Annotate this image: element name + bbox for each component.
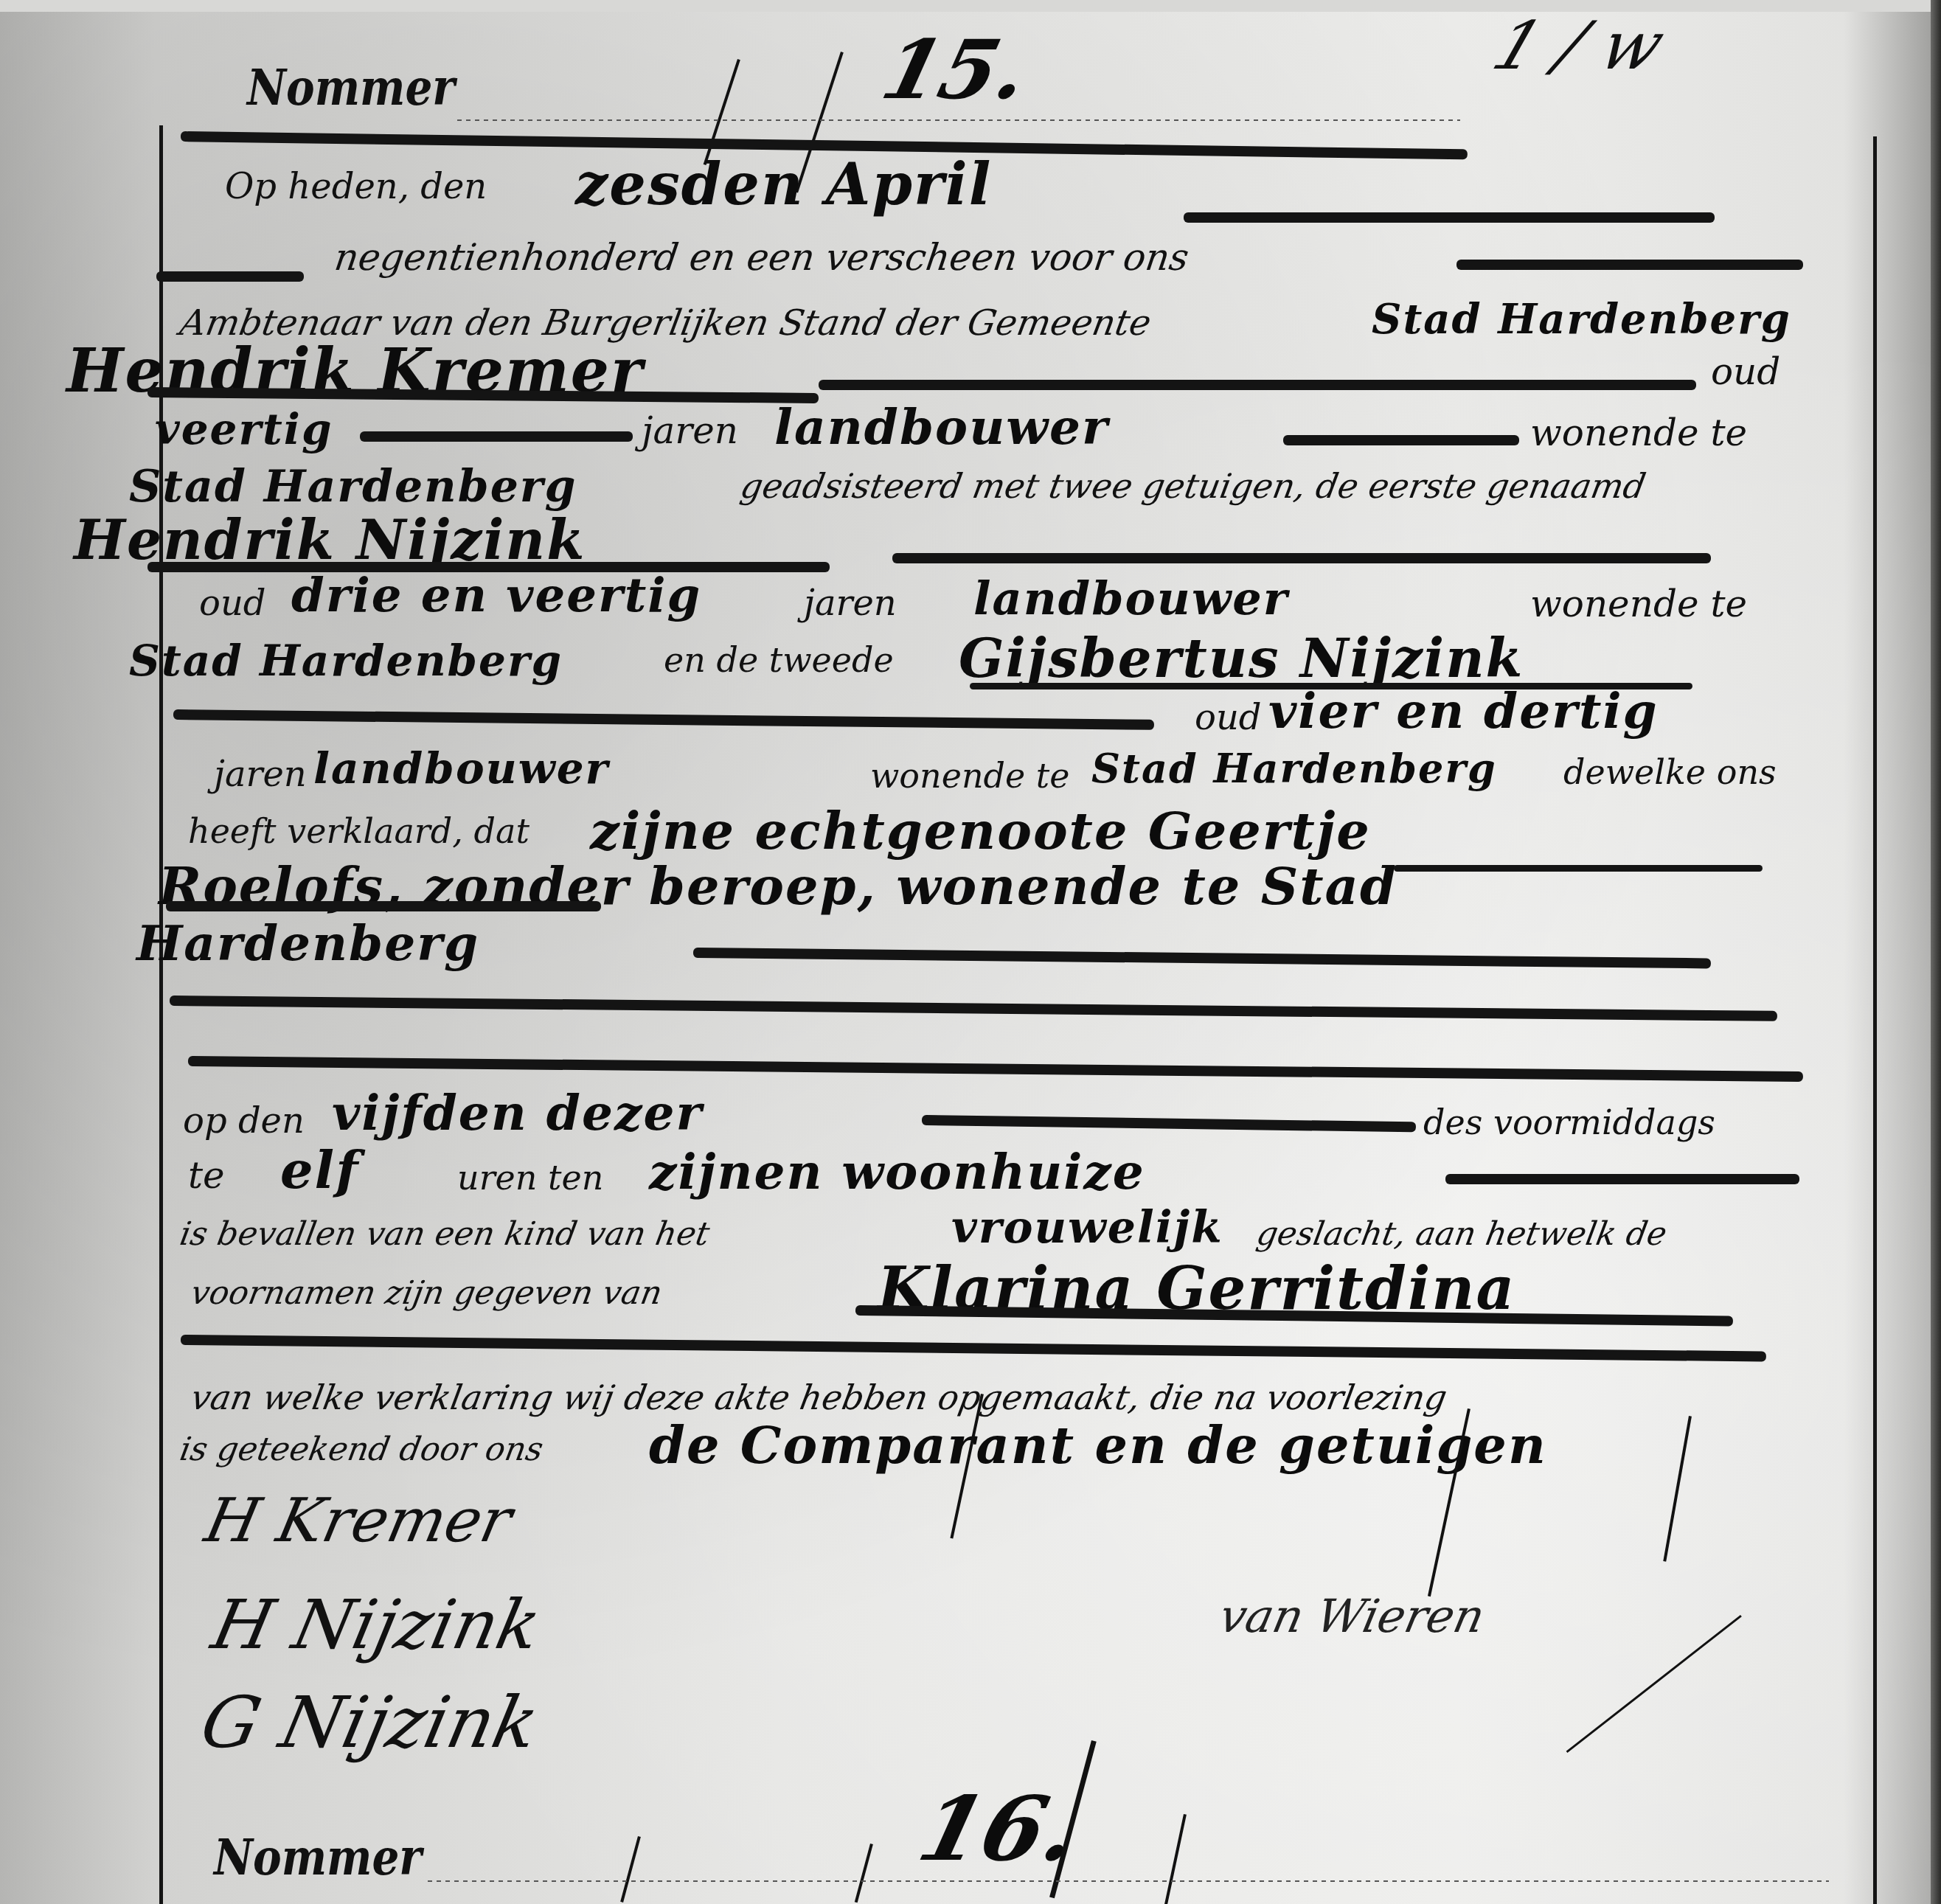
next-record-number-label: Nommer bbox=[214, 1829, 422, 1886]
form-text: en de tweede bbox=[664, 640, 894, 680]
form-text: te bbox=[188, 1154, 225, 1197]
fill-rule bbox=[892, 553, 1711, 563]
form-text: jaren bbox=[642, 409, 738, 452]
signature-witness-2: G Nijzink bbox=[194, 1681, 546, 1764]
fill-rule bbox=[360, 431, 633, 442]
form-text: uren ten bbox=[457, 1158, 603, 1198]
form-text: wonende te bbox=[870, 756, 1070, 796]
fill-rule bbox=[1394, 865, 1763, 872]
entry-witness2-name: Gijsbertus Nijzink bbox=[959, 627, 1524, 689]
form-text: des voormiddags bbox=[1423, 1102, 1715, 1142]
entry-birth-place: zijnen woonhuize bbox=[649, 1143, 1145, 1201]
fill-rule bbox=[1445, 1174, 1799, 1184]
form-text: van welke verklaring wij deze akte hebbe… bbox=[188, 1377, 1450, 1417]
signature-official: van Wieren bbox=[1215, 1589, 1490, 1643]
form-text: dewelke ons bbox=[1563, 752, 1777, 792]
form-text: Op heden, den bbox=[225, 166, 487, 207]
entry-mother-name: zijne echtgenoote Geertje bbox=[590, 800, 1371, 861]
header-dotted-rule bbox=[457, 119, 1460, 121]
signature-comparant: H Kremer bbox=[199, 1486, 518, 1556]
entry-witness2-age: vier en dertig bbox=[1268, 682, 1659, 740]
entry-signatories: de Comparant en de getuigen bbox=[649, 1414, 1547, 1476]
form-text: geslacht, aan hetwelk de bbox=[1254, 1215, 1670, 1253]
form-text: oud bbox=[199, 583, 266, 624]
entry-birth-day: vijfden dezer bbox=[332, 1084, 703, 1142]
entry-declarant-occupation: landbouwer bbox=[774, 398, 1109, 456]
record-number-label: Nommer bbox=[247, 59, 455, 117]
form-text: oud bbox=[1711, 350, 1780, 393]
fill-rule bbox=[1456, 260, 1803, 270]
entry-witness1-residence: Stad Hardenberg bbox=[129, 636, 563, 686]
entry-witness1-age: drie en veertig bbox=[291, 568, 701, 623]
form-text: oud bbox=[1195, 697, 1262, 738]
signature-witness-1: H Nijzink bbox=[206, 1585, 548, 1664]
entry-child-sex: vrouwelijk bbox=[951, 1202, 1223, 1254]
footer-dotted-rule bbox=[428, 1880, 1829, 1882]
right-margin-line bbox=[1873, 136, 1877, 1904]
form-text: jaren bbox=[214, 754, 307, 795]
fill-rule bbox=[1184, 212, 1715, 223]
fill-rule bbox=[1283, 435, 1519, 445]
form-text: op den bbox=[183, 1100, 305, 1142]
form-text: is geteekend door ons bbox=[177, 1431, 546, 1468]
record-number: 15. bbox=[873, 22, 1038, 117]
form-text: wonende te bbox=[1530, 411, 1747, 454]
fill-rule bbox=[819, 380, 1696, 390]
entry-birth-hour: elf bbox=[280, 1139, 359, 1201]
form-text: heeft verklaard, dat bbox=[188, 811, 529, 851]
entry-declarant-age: veertig bbox=[155, 404, 333, 454]
form-text: jaren bbox=[804, 583, 897, 624]
form-text: wonende te bbox=[1530, 583, 1747, 625]
entry-witness1-occupation: landbouwer bbox=[973, 571, 1288, 625]
form-text: is bevallen van een kind van het bbox=[177, 1215, 712, 1253]
entry-declarant-residence: Stad Hardenberg bbox=[129, 461, 577, 513]
entry-witness2-occupation: landbouwer bbox=[313, 743, 609, 793]
corner-mark: 1 / w bbox=[1483, 7, 1675, 85]
fill-rule bbox=[166, 901, 601, 911]
form-text: voornamen zijn gegeven van bbox=[188, 1274, 665, 1312]
entry-witness2-residence: Stad Hardenberg bbox=[1091, 745, 1497, 792]
scan-right-edge bbox=[1931, 0, 1941, 1904]
fill-rule bbox=[156, 271, 304, 282]
entry-date: zesden April bbox=[575, 151, 992, 218]
entry-mother-residence: Hardenberg bbox=[136, 914, 479, 972]
entry-municipality: Stad Hardenberg bbox=[1372, 295, 1791, 344]
form-text: geadsisteerd met twee getuigen, de eerst… bbox=[737, 466, 1649, 506]
form-text: negentienhonderd en een verscheen voor o… bbox=[332, 236, 1192, 279]
